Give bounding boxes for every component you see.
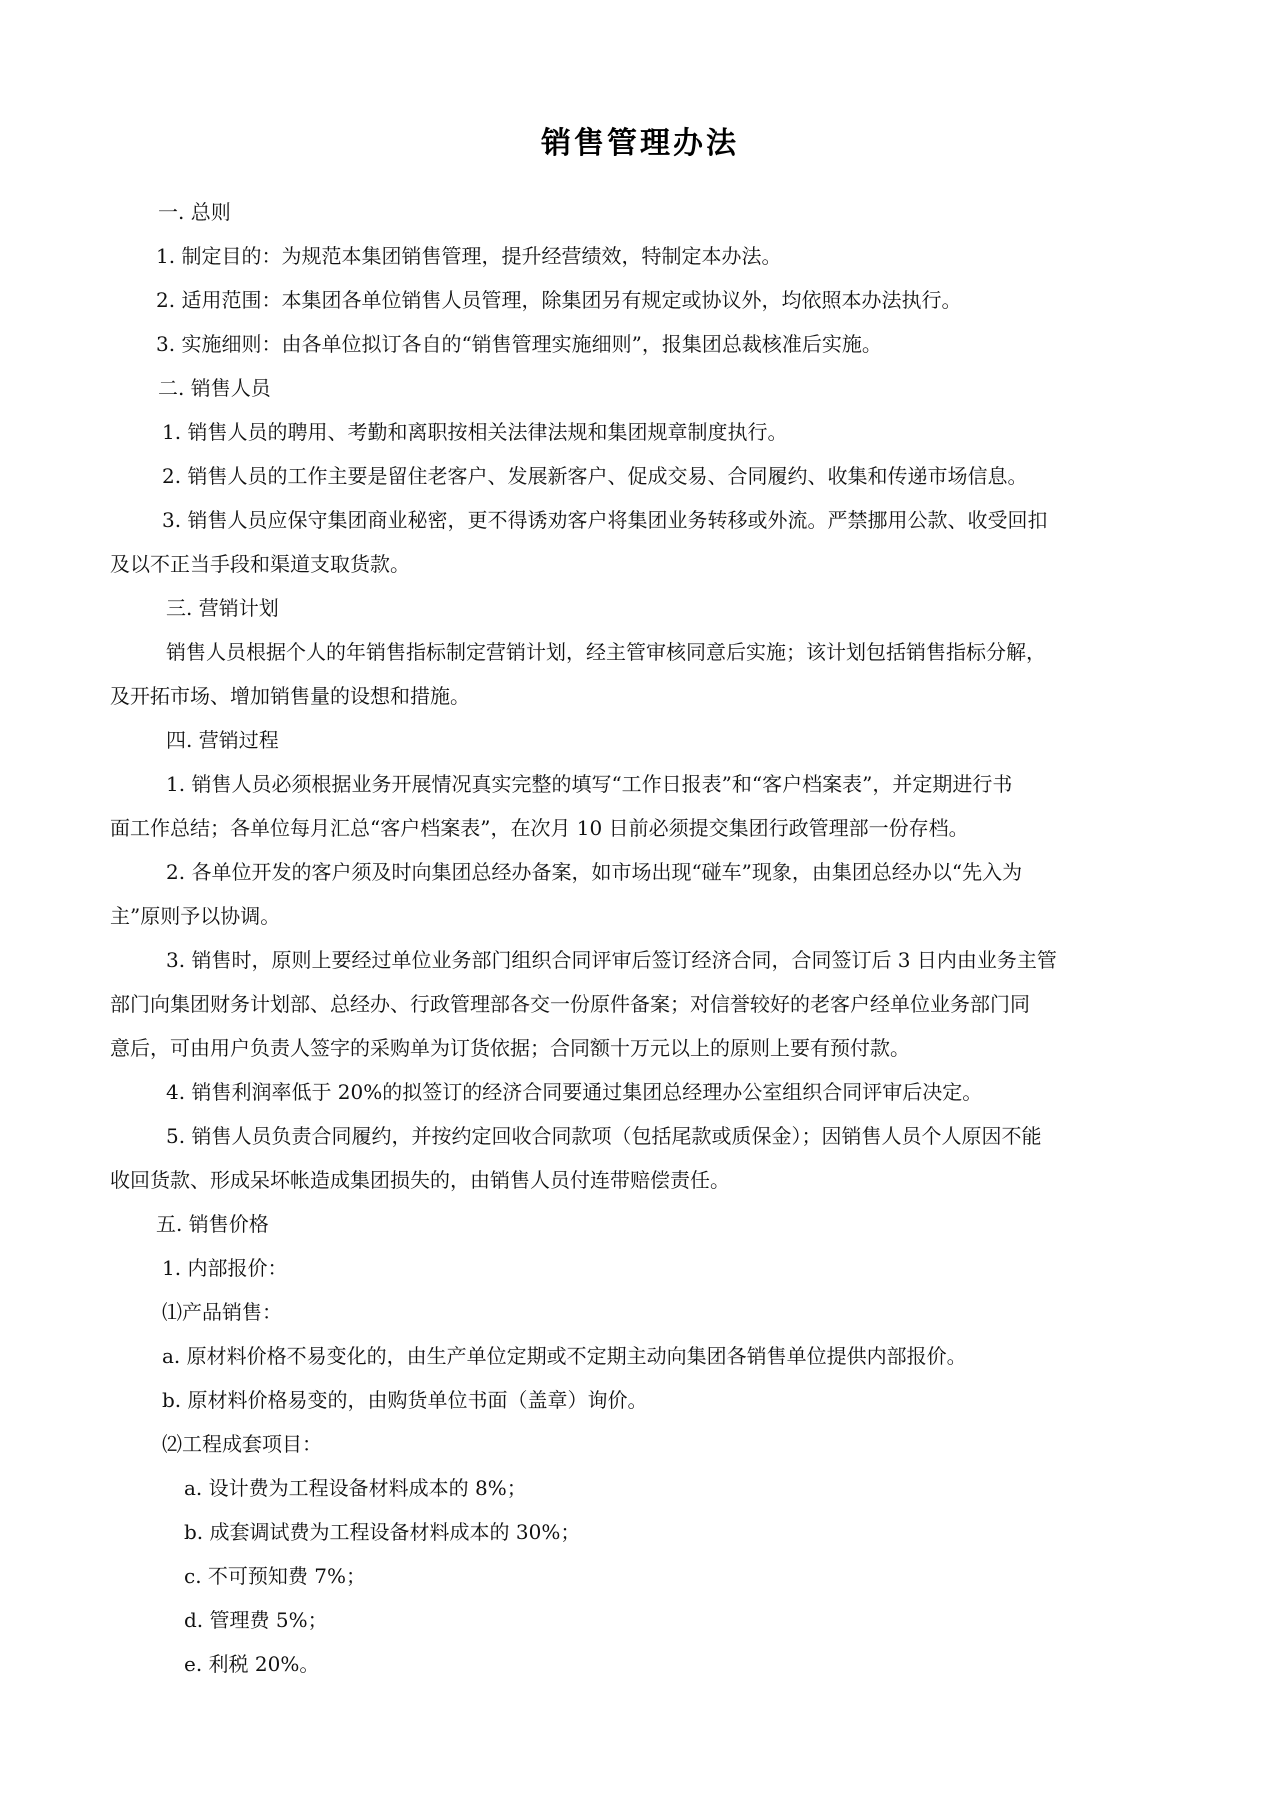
paragraph-line: 3. 销售人员应保守集团商业秘密，更不得诱劝客户将集团业务转移或外流。严禁挪用公… [162,506,1047,534]
paragraph-line: 部门向集团财务计划部、总经办、行政管理部各交一份原件备案；对信誉较好的老客户经单… [110,990,1030,1018]
paragraph-line: 1. 销售人员的聘用、考勤和离职按相关法律法规和集团规章制度执行。 [162,418,787,446]
paragraph-line: e. 利税 20%。 [184,1650,319,1678]
document-page: 销售管理办法 一. 总则1. 制定目的：为规范本集团销售管理，提升经营绩效，特制… [0,0,1280,1810]
paragraph-line: 销售人员根据个人的年销售指标制定营销计划，经主管审核同意后实施；该计划包括销售指… [166,638,1046,666]
paragraph-line: 一. 总则 [158,198,231,226]
paragraph-line: 意后，可由用户负责人签字的采购单为订货依据；合同额十万元以上的原则上要有预付款。 [110,1034,910,1062]
document-title: 销售管理办法 [0,118,1280,162]
paragraph-line: ⑵工程成套项目： [162,1430,322,1458]
paragraph-line: 5. 销售人员负责合同履约，并按约定回收合同款项（包括尾款或质保金）；因销售人员… [166,1122,1041,1150]
paragraph-line: 4. 销售利润率低于 20%的拟签订的经济合同要通过集团总经理办公室组织合同评审… [166,1078,982,1106]
paragraph-line: 主”原则予以协调。 [110,902,280,930]
paragraph-line: 1. 销售人员必须根据业务开展情况真实完整的填写“工作日报表”和“客户档案表”，… [166,770,1012,798]
paragraph-line: 1. 内部报价： [162,1254,287,1282]
paragraph-line: c. 不可预知费 7%； [184,1562,366,1590]
paragraph-line: 及开拓市场、增加销售量的设想和措施。 [110,682,470,710]
paragraph-line: 四. 营销过程 [166,726,279,754]
paragraph-line: 二. 销售人员 [158,374,271,402]
paragraph-line: 及以不正当手段和渠道支取货款。 [110,550,410,578]
paragraph-line: 2. 适用范围：本集团各单位销售人员管理，除集团另有规定或协议外，均依照本办法执… [156,286,961,314]
paragraph-line: 3. 实施细则：由各单位拟订各自的“销售管理实施细则”，报集团总裁核准后实施。 [156,330,882,358]
paragraph-line: b. 原材料价格易变的，由购货单位书面（盖章）询价。 [162,1386,648,1414]
paragraph-line: d. 管理费 5%； [184,1606,328,1634]
paragraph-line: 收回货款、形成呆坏帐造成集团损失的，由销售人员付连带赔偿责任。 [110,1166,730,1194]
paragraph-line: 五. 销售价格 [156,1210,269,1238]
paragraph-line: 1. 制定目的：为规范本集团销售管理，提升经营绩效，特制定本办法。 [156,242,781,270]
paragraph-line: 2. 销售人员的工作主要是留住老客户、发展新客户、促成交易、合同履约、收集和传递… [162,462,1027,490]
paragraph-line: 2. 各单位开发的客户须及时向集团总经办备案，如市场出现“碰车”现象，由集团总经… [166,858,1022,886]
paragraph-line: 三. 营销计划 [166,594,279,622]
paragraph-line: b. 成套调试费为工程设备材料成本的 30%； [184,1518,580,1546]
paragraph-line: ⑴产品销售： [162,1298,282,1326]
paragraph-line: 3. 销售时，原则上要经过单位业务部门组织合同评审后签订经济合同，合同签订后 3… [166,946,1057,974]
paragraph-line: a. 设计费为工程设备材料成本的 8%； [184,1474,527,1502]
paragraph-line: a. 原材料价格不易变化的，由生产单位定期或不定期主动向集团各销售单位提供内部报… [162,1342,967,1370]
paragraph-line: 面工作总结；各单位每月汇总“客户档案表”，在次月 10 日前必须提交集团行政管理… [110,814,969,842]
